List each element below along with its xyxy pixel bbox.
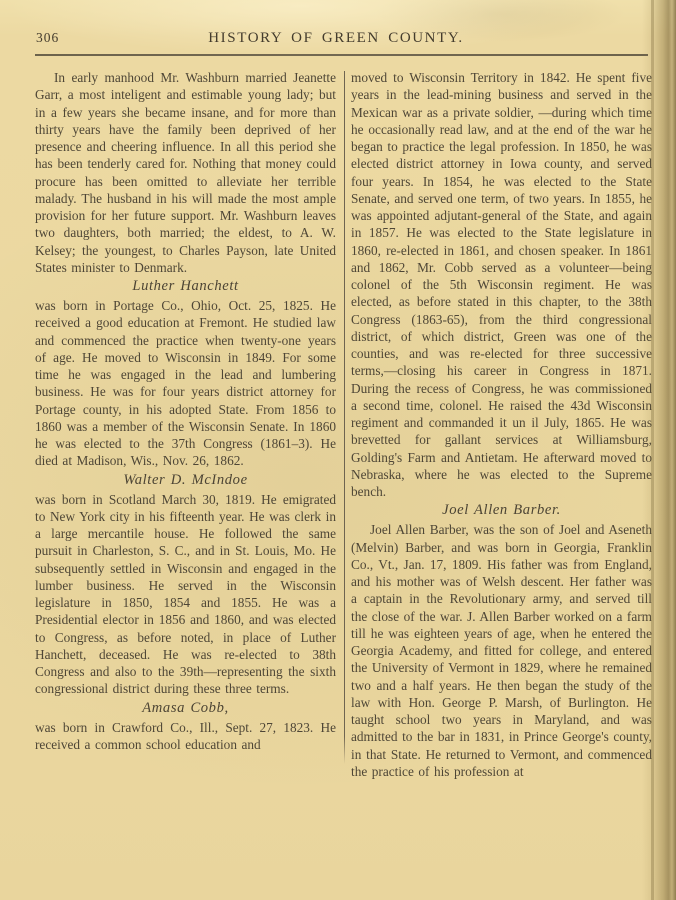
paragraph-cobb-start: was born in Crawford Co., Ill., Sept. 27… xyxy=(35,719,336,754)
column-divider xyxy=(344,71,345,764)
paragraph-mcindoe: was born in Scotland March 30, 1819. He … xyxy=(35,491,336,698)
paragraph-hanchett: was born in Portage Co., Ohio, Oct. 25, … xyxy=(35,297,336,470)
paragraph-cobb-continued: moved to Wisconsin Territory in 1842. He… xyxy=(351,69,652,500)
paragraph-washburn: In early manhood Mr. Washburn married Je… xyxy=(35,69,336,276)
page-header: 306 HISTORY OF GREEN COUNTY. xyxy=(0,0,676,47)
page-title: HISTORY OF GREEN COUNTY. xyxy=(208,30,463,47)
header-rule xyxy=(35,54,648,56)
paragraph-barber: Joel Allen Barber, was the son of Joel a… xyxy=(351,521,652,780)
page-number: 306 xyxy=(36,30,59,46)
left-column: In early manhood Mr. Washburn married Je… xyxy=(35,69,336,780)
right-column: moved to Wisconsin Territory in 1842. He… xyxy=(351,69,652,780)
text-columns: In early manhood Mr. Washburn married Je… xyxy=(0,56,676,780)
heading-amasa-cobb: Amasa Cobb, xyxy=(35,699,336,718)
heading-luther-hanchett: Luther Hanchett xyxy=(35,277,336,296)
book-page: 306 HISTORY OF GREEN COUNTY. In early ma… xyxy=(0,0,676,900)
heading-walter-mcindoe: Walter D. McIndoe xyxy=(35,471,336,490)
heading-joel-allen-barber: Joel Allen Barber. xyxy=(351,501,652,520)
